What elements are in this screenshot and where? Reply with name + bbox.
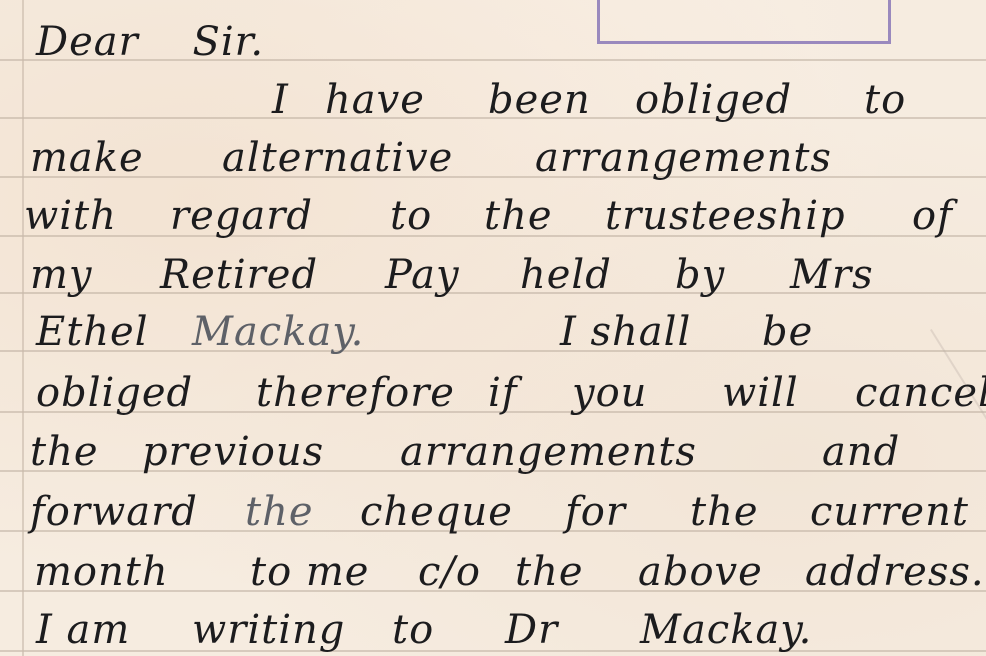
word: to xyxy=(392,610,434,650)
word: obliged xyxy=(36,373,193,413)
word: held xyxy=(520,255,612,295)
word: Retired xyxy=(160,255,318,295)
word: Sir. xyxy=(192,22,264,62)
letter-page: 23 NOV 1931 Dear Sir. I have been oblige… xyxy=(0,0,986,656)
word: arrangements xyxy=(535,138,832,178)
word: c/o xyxy=(418,552,481,592)
word: address. xyxy=(805,552,985,592)
word: Dr xyxy=(505,610,558,650)
word: and xyxy=(822,432,900,472)
word: the xyxy=(30,432,99,472)
word: above xyxy=(638,552,763,592)
ruled-line xyxy=(0,650,986,652)
word: month xyxy=(34,552,169,592)
word: arrangements xyxy=(400,432,697,472)
word: writing xyxy=(192,610,345,650)
word: the xyxy=(515,552,584,592)
ruled-line xyxy=(0,176,986,178)
word: to xyxy=(864,80,906,120)
word: current xyxy=(810,492,969,532)
received-stamp: 23 NOV 1931 xyxy=(597,0,891,44)
word: make xyxy=(30,138,144,178)
word: I shall xyxy=(560,312,691,352)
word: I xyxy=(272,80,289,120)
word: with xyxy=(24,196,117,236)
word: be xyxy=(762,312,813,352)
word: alternative xyxy=(222,138,453,178)
word: the xyxy=(484,196,553,236)
word: Dear xyxy=(36,22,139,62)
word: have xyxy=(325,80,425,120)
word: I am xyxy=(36,610,130,650)
word: will xyxy=(722,373,799,413)
word: to xyxy=(390,196,432,236)
word: previous xyxy=(142,432,324,472)
word: Mackay. xyxy=(192,312,364,352)
word: Ethel xyxy=(36,312,149,352)
word: the xyxy=(245,492,314,532)
word: Mackay. xyxy=(640,610,812,650)
word: therefore xyxy=(256,373,455,413)
word: obliged xyxy=(635,80,792,120)
word: of xyxy=(912,196,953,236)
word: trusteeship xyxy=(605,196,846,236)
salutation: Dear Sir. xyxy=(36,22,264,62)
word: my xyxy=(30,255,93,295)
word: Mrs xyxy=(790,255,874,295)
word: by xyxy=(675,255,725,295)
word: regard xyxy=(170,196,313,236)
word: Pay xyxy=(385,255,460,295)
word: forward xyxy=(30,492,198,532)
word: been xyxy=(488,80,591,120)
word: you xyxy=(572,373,647,413)
margin-line xyxy=(22,0,24,656)
word: for xyxy=(565,492,626,532)
word: the xyxy=(690,492,759,532)
word: cancel xyxy=(855,373,986,413)
word: if xyxy=(488,373,518,413)
word: cheque xyxy=(360,492,513,532)
word: to me xyxy=(250,552,369,592)
